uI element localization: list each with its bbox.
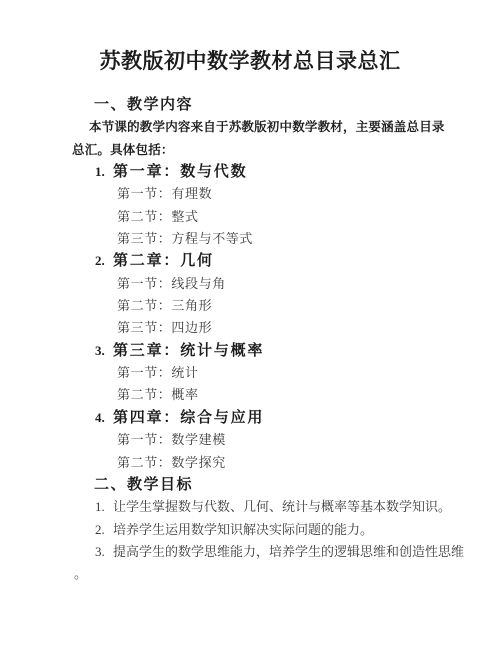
- section-item: 第二节：三角形: [117, 295, 470, 317]
- goal-text: 培养学生运用数学知识解决实际问题的能力。: [113, 519, 373, 541]
- intro-paragraph-line-1: 本节课的教学内容来自于苏教版初中数学教材，主要涵盖总目录: [89, 116, 470, 138]
- chapter-item-2: 2. 第二章：几何: [95, 250, 470, 272]
- goal-trailing-punctuation: 。: [74, 563, 470, 585]
- section-item: 第二节：数学探究: [117, 452, 470, 474]
- chapter-item-1: 1. 第一章：数与代数: [95, 161, 470, 183]
- goal-number: 3.: [95, 541, 113, 563]
- chapter-title: 第四章：综合与应用: [113, 407, 264, 429]
- chapter-item-3: 3. 第三章：统计与概率: [95, 340, 470, 362]
- section-item: 第三节：方程与不等式: [117, 228, 470, 250]
- chapter-title: 第三章：统计与概率: [113, 340, 264, 362]
- document-page: 苏教版初中数学教材总目录总汇 一、教学内容 本节课的教学内容来自于苏教版初中数学…: [0, 0, 500, 647]
- goal-item-2: 2. 培养学生运用数学知识解决实际问题的能力。: [95, 519, 470, 541]
- chapter-title: 第一章：数与代数: [113, 161, 247, 183]
- section-item: 第二节：整式: [117, 206, 470, 228]
- intro-paragraph-line-2: 总汇。具体包括：: [72, 139, 470, 161]
- chapter-number: 3.: [95, 340, 113, 362]
- goal-number: 1.: [95, 496, 113, 518]
- goal-item-1: 1. 让学生掌握数与代数、几何、统计与概率等基本数学知识。: [95, 496, 470, 518]
- goal-text: 让学生掌握数与代数、几何、统计与概率等基本数学知识。: [113, 496, 451, 518]
- chapter-number: 1.: [95, 161, 113, 183]
- goal-text: 提高学生的数学思维能力，培养学生的逻辑思维和创造性思维: [113, 541, 464, 563]
- section-item: 第三节：四边形: [117, 317, 470, 339]
- section-item: 第二节：概率: [117, 384, 470, 406]
- section-item: 第一节：线段与角: [117, 273, 470, 295]
- page-title: 苏教版初中数学教材总目录总汇: [0, 46, 500, 76]
- goal-item-3: 3. 提高学生的数学思维能力，培养学生的逻辑思维和创造性思维: [95, 541, 470, 563]
- section-item: 第一节：数学建模: [117, 429, 470, 451]
- chapter-title: 第二章：几何: [113, 250, 214, 272]
- goal-number: 2.: [95, 519, 113, 541]
- section-item: 第一节：统计: [117, 362, 470, 384]
- section-heading-goals: 二、教学目标: [94, 474, 470, 496]
- section-heading-content: 一、教学内容: [94, 94, 470, 116]
- section-item: 第一节：有理数: [117, 183, 470, 205]
- chapter-number: 4.: [95, 407, 113, 429]
- chapter-number: 2.: [95, 250, 113, 272]
- chapter-item-4: 4. 第四章：综合与应用: [95, 407, 470, 429]
